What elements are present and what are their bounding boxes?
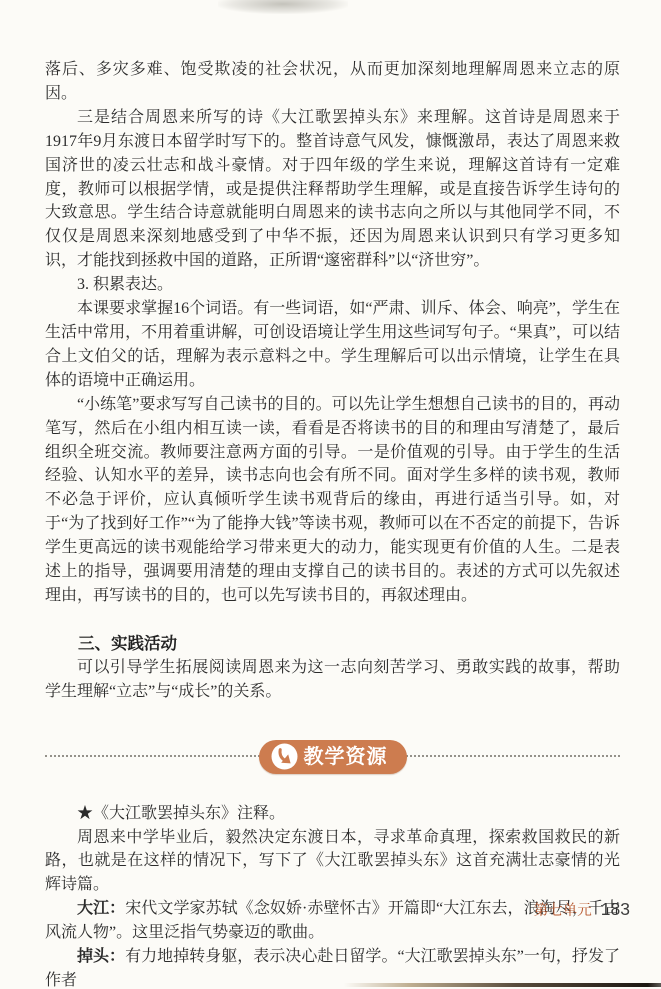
resource-divider-row: 教学资源 bbox=[45, 740, 620, 774]
curved-arrow-down-right-icon bbox=[271, 743, 298, 770]
annotation-term: 大江： bbox=[77, 900, 125, 917]
footer-page-number: 183 bbox=[601, 899, 630, 920]
resource-title: ★《大江歌罢掉头东》注释。 bbox=[45, 802, 620, 826]
resource-intro: 周恩来中学毕业后，毅然决定东渡日本，寻求革命真理，探索救国救民的新路，也就是在这… bbox=[45, 826, 620, 898]
page-content: 落后、多灾多难、饱受欺凌的社会状况，从而更加深刻地理解周恩来立志的原因。 三是结… bbox=[0, 0, 661, 989]
teaching-resources-badge: 教学资源 bbox=[259, 740, 407, 774]
practice-paragraph: 可以引导学生拓展阅读周恩来为这一志向刻苦学习、勇敢实践的故事，帮助学生理解“立志… bbox=[45, 656, 620, 704]
footer-unit-label: 第七单元 bbox=[534, 899, 592, 920]
body-paragraph-point3: 3. 积累表达。 bbox=[45, 273, 620, 297]
body-paragraph-vocab: 本课要求掌握16个词语。有一些词语，如“严肃、训斥、体会、响亮”，学生在生活中常… bbox=[45, 297, 620, 393]
section-heading-practice: 三、实践活动 bbox=[45, 632, 620, 656]
annotation-text: 有力地掉转身躯，表示决心赴日留学。“大江歌罢掉头东”一句，抒发了作者 bbox=[45, 948, 620, 989]
body-paragraph-writing: “小练笔”要求写写自己读书的目的。可以先让学生想想自己读书的目的，再动笔写，然后… bbox=[45, 393, 620, 608]
book-page: 落后、多灾多难、饱受欺凌的社会状况，从而更加深刻地理解周恩来立志的原因。 三是结… bbox=[0, 0, 661, 989]
badge-label: 教学资源 bbox=[304, 740, 388, 774]
body-paragraph-continuation: 落后、多灾多难、饱受欺凌的社会状况，从而更加深刻地理解周恩来立志的原因。 bbox=[45, 58, 620, 106]
body-paragraph-poem-explain: 三是结合周恩来所写的诗《大江歌罢掉头东》来理解。这首诗是周恩来于1917年9月东… bbox=[45, 106, 620, 273]
annotation-term: 掉头： bbox=[77, 948, 125, 965]
resource-entry: 掉头：有力地掉转身躯，表示决心赴日留学。“大江歌罢掉头东”一句，抒发了作者 bbox=[45, 945, 620, 989]
teaching-resources-section: ★《大江歌罢掉头东》注释。 周恩来中学毕业后，毅然决定东渡日本，寻求革命真理，探… bbox=[45, 802, 620, 989]
page-footer: 第七单元 183 bbox=[534, 899, 630, 920]
